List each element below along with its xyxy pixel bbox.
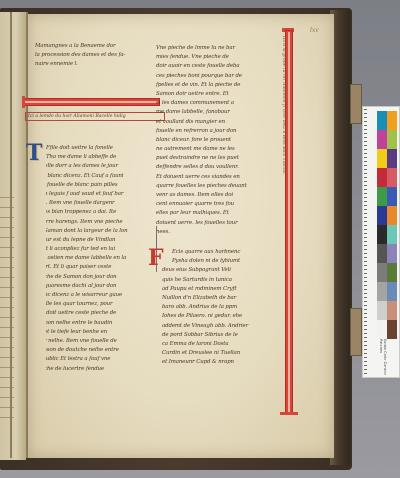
rubric-caption: Ici a lemde du hoir Aliamoni Bacelle hid…	[25, 112, 165, 121]
swatch-gray-lighter	[377, 301, 387, 320]
text-line: Ele doit ueitre ceste pieche de	[46, 309, 158, 318]
text-column-left-top: Mamangnes a la Benaeme dor la procession…	[35, 42, 159, 70]
text-line: si les dames communement a	[156, 99, 268, 108]
text-line: fonelle dorr a les dames le jour	[46, 162, 158, 171]
text-line: blanc dicenz a le wisarreur gaue	[46, 291, 158, 300]
marginal-note-vertical: Ici a la grede lu hir Aliamoni fi cele b…	[278, 36, 286, 256]
text-line: quarre fouelles les pieches deuant	[156, 182, 268, 191]
gutter-line	[10, 12, 12, 458]
text-line: leur nelhe. Item vne fouelle de	[46, 337, 158, 346]
text-line: cent ennuoier quarre tres fou	[156, 200, 268, 209]
text-line: ne autrement me dame ne les	[156, 145, 268, 154]
text-line: quelle les quar tournez, pour	[46, 300, 158, 309]
text-line: poisson de doutche nelhe entre	[46, 346, 158, 355]
text-line: quarre harengs. Item vne pieche	[46, 218, 158, 227]
text-line: blanc diceur. fore le prouent	[156, 136, 268, 145]
text-line: Mamangnes a la Benaeme dor	[35, 42, 159, 51]
text-line: elles par leur malhiques. Et	[156, 209, 268, 218]
swatch-yellow	[377, 149, 387, 168]
folio-number: lxv	[310, 27, 319, 34]
swatch-purplish-blue	[387, 187, 397, 206]
swatch-red	[377, 168, 387, 187]
text-line: me dame labbelle, fanobaur	[156, 108, 268, 117]
text-column-left-main: Ffile doit ueitre la fonelle Tha me dame…	[46, 144, 158, 374]
text-line: de pord Sobbar Sibrius de le	[162, 331, 270, 340]
text-line: Samon doir ueitre entre. Et	[156, 90, 268, 99]
chart-label: Kodak Color Control Patches	[379, 339, 387, 377]
swatch-orange-yellow	[387, 206, 397, 225]
text-line: deffendre selles d dou voullenr.	[156, 163, 268, 172]
text-line: venr as dames. Item elles doi	[156, 191, 268, 200]
text-line: quis he Sarturdis in tanica	[162, 276, 270, 285]
text-line: Vne pieche de lmme lu ne bar	[156, 44, 268, 53]
manuscript-page: Mamangnes a la Benaeme dor la procession…	[28, 14, 334, 458]
rubric-bar-end	[22, 96, 25, 108]
text-line: pieche de Samon don jour don	[46, 273, 158, 282]
text-line: puet destraindre ne ne les puet	[156, 154, 268, 163]
rubric-bar-highlight	[24, 101, 158, 103]
text-line: en lublic Et lestra a fauf vne	[46, 355, 158, 364]
text-line: Ecis quarre aux harbnenc	[172, 248, 270, 257]
swatch-bluish-green	[387, 225, 397, 244]
text-line: deus eius Subpogrant Veli	[162, 266, 270, 275]
swatch-blue	[377, 206, 387, 225]
text-line: et Imaneunr Cupd & nrapn	[162, 358, 270, 367]
text-line: bien leguis f aud vaud et fauf bar	[46, 190, 158, 199]
swatch-gray-light	[377, 282, 387, 301]
previous-leaf-edge	[0, 12, 26, 460]
text-line: Tha me dame li abbeffe de	[46, 153, 158, 162]
text-column-right-lower: Ecis quarre aux harbnenc Pysha dolen ni …	[162, 248, 270, 367]
text-line: fpelles et de vin. Et la pieche de	[156, 81, 268, 90]
text-line: doiuent uerre. les fouelles tour	[156, 219, 268, 228]
swatch-cyan	[377, 111, 387, 130]
text-line: ces pieches boni pourque bar de	[156, 72, 268, 81]
text-line: don blanc dicenz. Et Cauf a fauni	[46, 172, 158, 181]
rubric-bar-vertical-highlight	[288, 32, 290, 412]
rubric-bar-bottom-cap	[280, 412, 298, 415]
swatch-moderate-red	[387, 168, 397, 187]
swatch-purple	[387, 149, 397, 168]
text-line: ca Emma de laroni Dosta	[162, 340, 270, 349]
text-line: mi quaresme dachi al jour don	[46, 282, 158, 291]
swatch-foliage	[387, 263, 397, 282]
text-line: naire ennemie l.	[35, 60, 159, 69]
text-line: pilles bian troppenez a dai. Ite	[46, 208, 158, 217]
text-line: pieche de lucertre fendue	[46, 365, 158, 374]
text-line: Samon nelhe entre le baudin	[46, 319, 158, 328]
swatch-light-skin	[387, 301, 397, 320]
book-clasp-upper	[350, 84, 362, 124]
text-line: gueur est du lepne de Vindlan	[46, 236, 158, 245]
swatch-yellow-green	[387, 130, 397, 149]
text-line: baro abb. Andrius de la ppm	[162, 303, 270, 312]
swatch-black	[377, 225, 387, 244]
swatch-gray-dark	[377, 244, 387, 263]
text-line: et voullant dis mangier en	[156, 118, 268, 127]
text-line: ne et le tiefe leur benhe en	[46, 328, 158, 337]
swatch-blue-flower	[387, 244, 397, 263]
text-line: court. Et li quar paiser ceste	[46, 263, 158, 272]
text-line: la procession des dames et des fa-	[35, 51, 159, 60]
swatch-white	[377, 320, 387, 339]
text-line: dont li aconpliez fur ted en lui	[46, 245, 158, 254]
text-line: vne fouelle de blanc pain pilles	[46, 181, 158, 190]
text-line: nees.	[156, 228, 268, 237]
text-column-right-main: Vne pieche de lmme lu ne bar mies fendue…	[156, 44, 268, 237]
text-line: doir auoir en ceste fouelle deba	[156, 62, 268, 71]
text-line: Ffile doit ueitre la fonelle	[46, 144, 158, 153]
swatch-dark-skin	[387, 320, 397, 339]
swatch-magenta	[377, 130, 387, 149]
text-line: Curdin et Dreuslee ni Tuellan	[162, 349, 270, 358]
text-line: ged. Item vne fouelle dargenr	[46, 199, 158, 208]
swatch-orange	[387, 111, 397, 130]
text-line: mies fendue. Vne pieche de	[156, 53, 268, 62]
text-line: ad Paupu et mdminem Cryft	[162, 285, 270, 294]
swatch-green	[377, 187, 387, 206]
color-calibration-chart: Kodak Color Control Patches	[362, 106, 400, 378]
text-line: addemt de Vineagh abb. Andrier	[162, 322, 270, 331]
text-line: de Saman dont la largeur de la lon	[46, 227, 158, 236]
text-line: Et doiuent uerre ces viandes en	[156, 173, 268, 182]
text-line: Pysha dolen ni de lyhiumt	[172, 257, 270, 266]
text-line: Iohes de Pilaero. ni gedur. ehe	[162, 312, 270, 321]
ruler-scale	[364, 109, 376, 375]
photo-scene: Mamangnes a la Benaeme dor la procession…	[0, 0, 400, 478]
text-line: Nuillon d'n Elizabeth de bar	[162, 294, 270, 303]
book-clasp-lower	[350, 308, 362, 356]
swatch-gray-mid	[377, 263, 387, 282]
swatch-blue-sky	[387, 282, 397, 301]
text-line: don ostien me dame labbelle en la	[46, 254, 158, 263]
text-line: fouelle en refrerron a jour don	[156, 127, 268, 136]
